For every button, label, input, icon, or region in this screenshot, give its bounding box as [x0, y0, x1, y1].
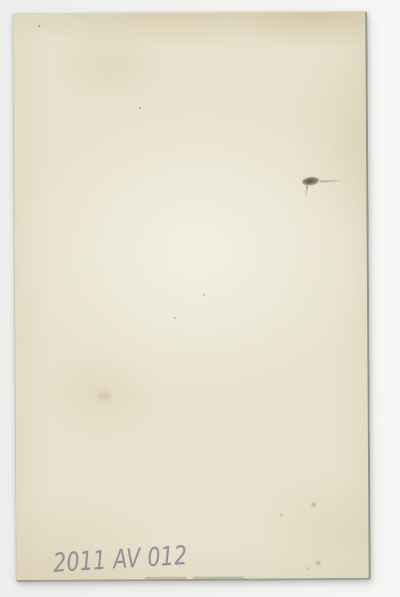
accession-number: 2011 AV 012	[53, 542, 189, 578]
paper-speck	[38, 25, 40, 27]
ink-smudge	[302, 176, 320, 186]
bottom-edge-smudge	[193, 577, 245, 579]
paper-speck	[203, 294, 205, 296]
fox-spot	[307, 567, 310, 570]
fox-spot	[316, 561, 321, 565]
photo-card-verso: 2011 AV 012	[12, 11, 370, 582]
fox-spot	[311, 502, 316, 507]
fox-spot	[279, 513, 283, 516]
ink-smudge-wisp	[304, 185, 307, 198]
paper-speck	[139, 107, 141, 109]
bottom-edge-smudge	[145, 577, 187, 579]
ink-smudge-tail	[320, 180, 341, 182]
stain-blotch	[98, 390, 112, 400]
paper-speck	[174, 317, 176, 319]
scan-background: { "scan": { "background_color": "#f1f1ef…	[0, 0, 400, 597]
